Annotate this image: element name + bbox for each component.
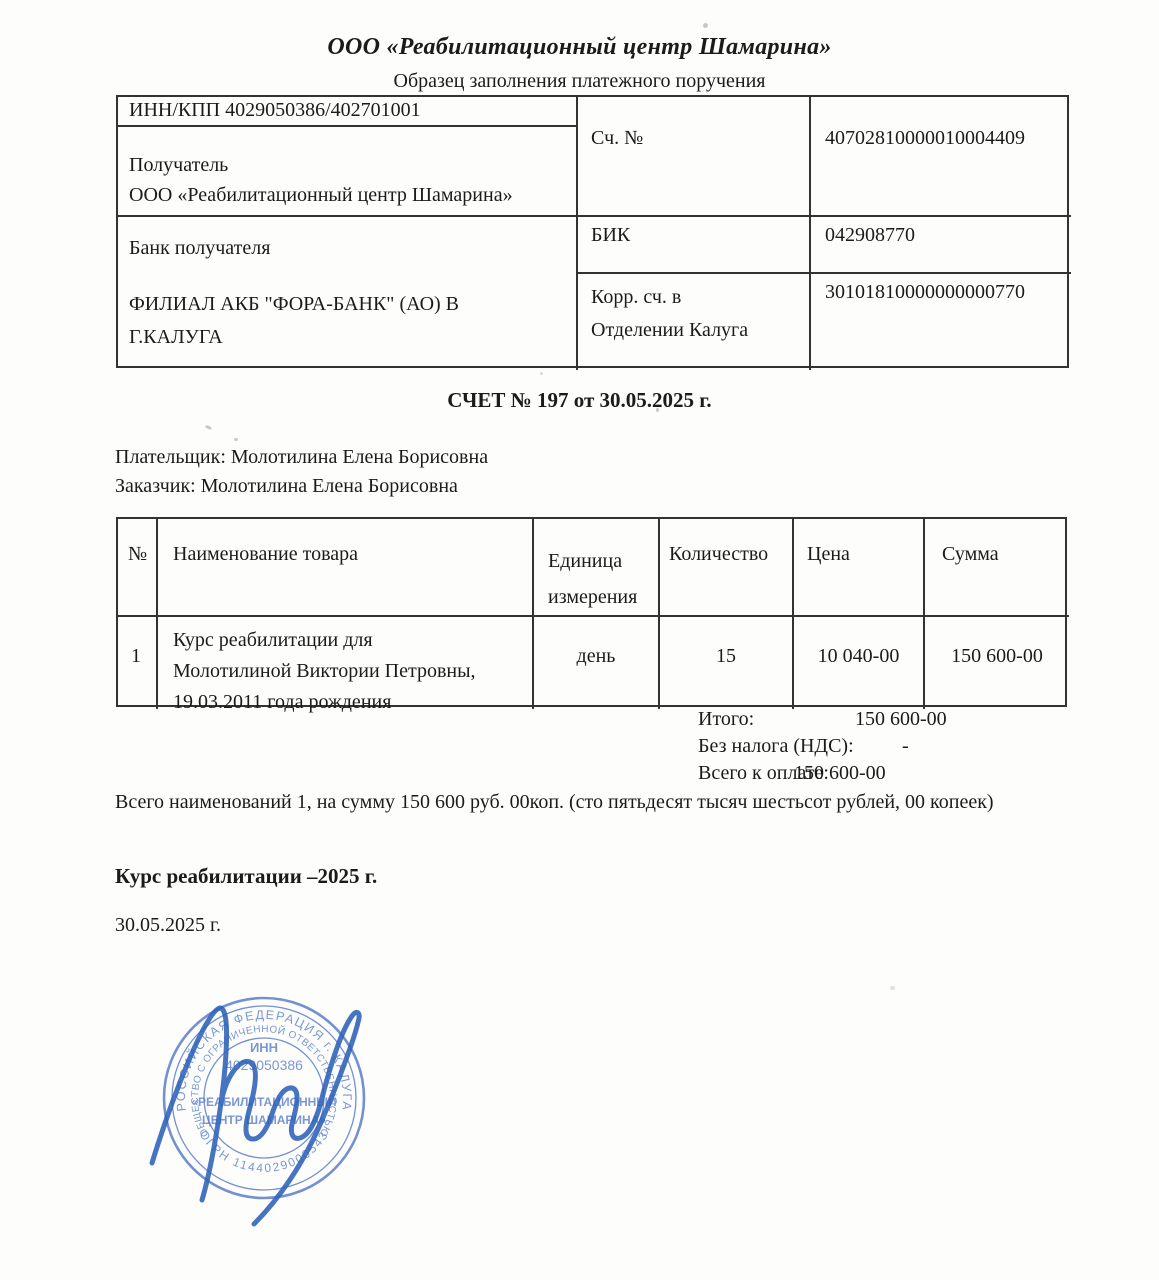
amount-in-words: Всего наименований 1, на сумму 150 600 р… — [115, 786, 1073, 819]
stamp-and-signature-graphic: РОССИЙСКАЯ ФЕДЕРАЦИЯ г. КАЛУГА ОБЩЕСТВО … — [114, 948, 414, 1248]
total-value: 150 600-00 — [855, 708, 947, 731]
course-title: Курс реабилитации –2025 г. — [115, 864, 377, 889]
item-row-name: Курс реабилитации для Молотилиной Виктор… — [158, 617, 534, 709]
company-stamp: РОССИЙСКАЯ ФЕДЕРАЦИЯ г. КАЛУГА ОБЩЕСТВО … — [114, 948, 414, 1248]
customer-line: Заказчик: Молотилина Елена Борисовна — [115, 475, 458, 498]
scan-speck — [703, 23, 708, 28]
payable-value: 150 600-00 — [794, 762, 886, 785]
col-header-num: № — [118, 519, 158, 617]
col-header-unit: Единица измерения — [534, 519, 660, 617]
account-value: 40702810000010004409 — [811, 97, 1071, 217]
total-row: Итого: 150 600-00 — [698, 708, 1118, 735]
item-row-qty: 15 — [660, 617, 794, 709]
payable-row: Всего к оплате: 150 600-00 — [698, 762, 1118, 789]
invoice-document: ООО «Реабилитационный центр Шамарина» Об… — [0, 0, 1159, 1280]
inn-kpp-cell: ИНН/КПП 4029050386/402701001 — [118, 97, 578, 127]
item-row-price: 10 040-00 — [794, 617, 925, 709]
scan-speck — [890, 986, 895, 990]
scan-speck — [656, 408, 659, 412]
bank-details-table: ИНН/КПП 4029050386/402701001 Получатель … — [116, 95, 1069, 368]
item-row-unit: день — [534, 617, 660, 709]
total-label: Итого: — [698, 708, 754, 731]
bik-label: БИК — [578, 217, 811, 274]
items-table: № Наименование товара Единица измерения … — [116, 517, 1067, 707]
col-header-qty: Количество — [660, 519, 794, 617]
stamp-center-line1: «РЕАБИЛИТАЦИОННЫЙ — [191, 1094, 336, 1109]
company-title: ООО «Реабилитационный центр Шамарина» — [0, 34, 1159, 61]
document-subtitle: Образец заполнения платежного поручения — [0, 70, 1159, 93]
corr-account-label: Корр. сч. в Отделении Калуга — [578, 274, 811, 370]
recipient-bank-name: ФИЛИАЛ АКБ "ФОРА-БАНК" (АО) В Г.КАЛУГА — [129, 288, 549, 354]
col-header-price: Цена — [794, 519, 925, 617]
recipient-cell: Получатель ООО «Реабилитационный центр Ш… — [118, 127, 578, 217]
recipient-bank-label: Банк получателя — [129, 237, 576, 260]
item-row-sum: 150 600-00 — [925, 617, 1069, 709]
stamp-inn-label: ИНН — [250, 1040, 278, 1055]
no-vat-label: Без налога (НДС): — [698, 735, 854, 758]
recipient-label: Получатель — [129, 154, 576, 177]
col-header-name: Наименование товара — [158, 519, 534, 617]
scan-speck — [205, 425, 213, 431]
payer-line: Плательщик: Молотилина Елена Борисовна — [115, 446, 488, 469]
document-date: 30.05.2025 г. — [115, 914, 221, 937]
no-vat-value: - — [902, 735, 909, 758]
no-vat-row: Без налога (НДС): - — [698, 735, 1118, 762]
bik-value: 042908770 — [811, 217, 1071, 274]
recipient-name: ООО «Реабилитационный центр Шамарина» — [129, 184, 576, 207]
totals-block: Итого: 150 600-00 Без налога (НДС): - Вс… — [698, 708, 1118, 789]
invoice-heading: СЧЕТ № 197 от 30.05.2025 г. — [0, 388, 1159, 413]
recipient-bank-cell: Банк получателя ФИЛИАЛ АКБ "ФОРА-БАНК" (… — [118, 217, 578, 370]
scan-speck — [540, 372, 543, 375]
col-header-sum: Сумма — [925, 519, 1069, 617]
account-label: Сч. № — [578, 97, 811, 217]
item-row-num: 1 — [118, 617, 158, 709]
scan-speck — [234, 438, 238, 441]
corr-account-value: 30101810000000000770 — [811, 274, 1071, 370]
